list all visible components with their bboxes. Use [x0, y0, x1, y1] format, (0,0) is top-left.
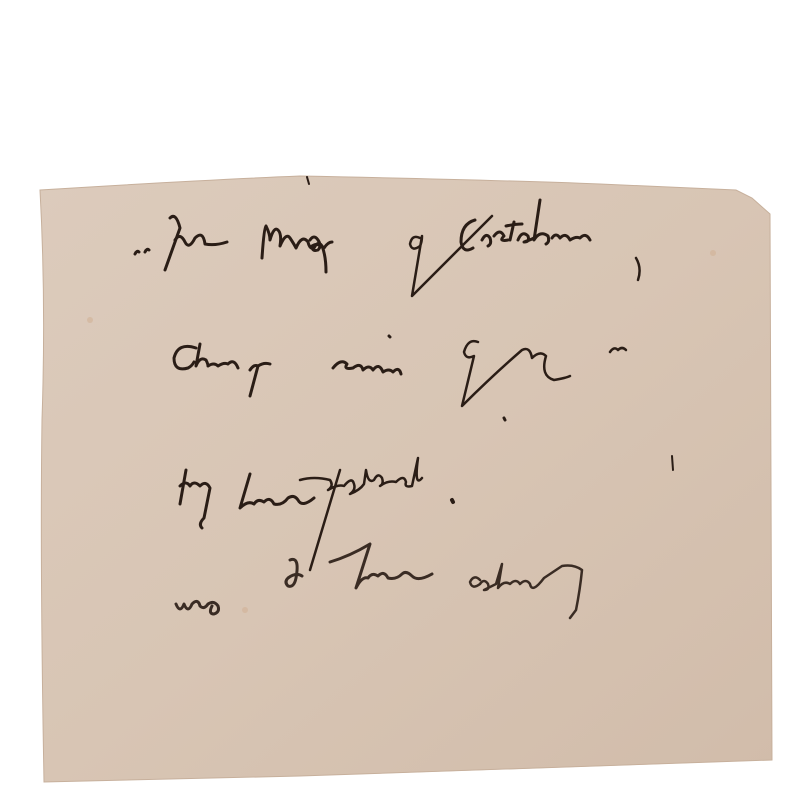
letter-photo [0, 0, 800, 800]
stain [242, 607, 248, 613]
stain [87, 317, 93, 323]
stain [710, 250, 716, 256]
photo-scene: “The Mayor of Casterbridge,” Cheap serie… [0, 0, 800, 800]
